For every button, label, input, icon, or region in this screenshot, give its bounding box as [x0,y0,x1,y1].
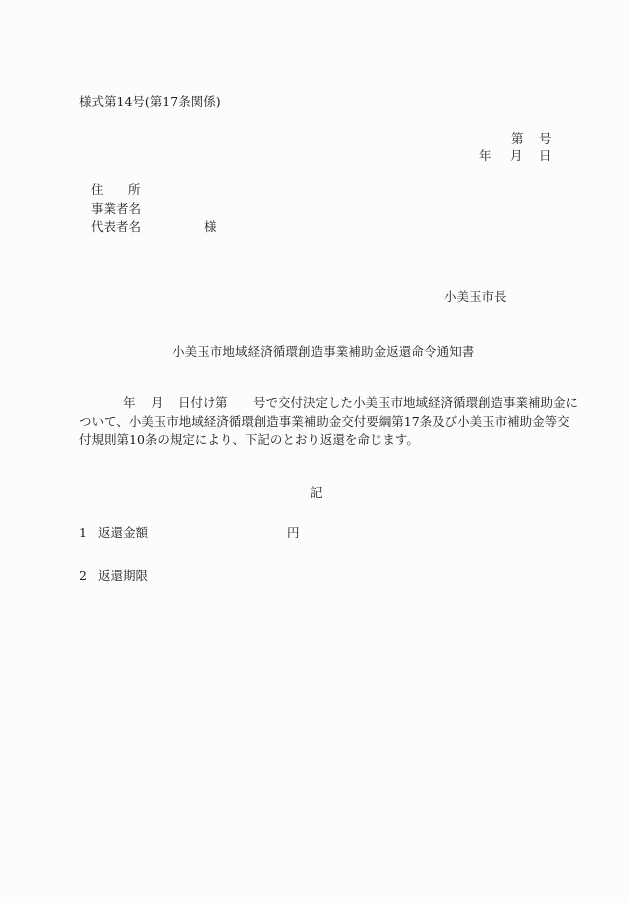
document-number-line: 第 号 [460,133,551,147]
item-refund-deadline: 2返還期限 [79,570,148,583]
body-number-prefix: 第 [215,397,228,410]
address-label-part1: 住 [91,184,104,197]
item-number: 2 [79,570,98,583]
form-label: 様式第14号(第17条関係) [79,96,221,109]
business-name-label: 事業者名 [91,203,141,216]
date-month-label: 月 [510,150,523,163]
date-year-label: 年 [479,150,492,163]
item-refund-amount: 1返還金額 [79,527,148,540]
address-label-part2: 所 [128,184,141,197]
item-label: 返還期限 [98,568,148,583]
body-paragraph: 年 月 日付け 第 号で交付決定した小美玉市地域経済循環創造事業補助金に ついて… [79,397,551,453]
representative-label: 代表者名 [91,221,141,234]
document-page: 様式第14号(第17条関係) 第 号 年 月 日 住 所 事業者名 代表者名 様… [0,0,630,903]
representative-row: 代表者名 様 [91,221,141,240]
sender-mayor: 小美玉市長 [444,291,507,304]
addressee-block: 住 所 事業者名 代表者名 様 [91,184,141,240]
body-day-label: 日付け [178,397,216,410]
ki-heading: 記 [310,487,323,500]
document-title: 小美玉市地域経済循環創造事業補助金返還命令通知書 [172,346,474,359]
honorific-sama: 様 [204,221,217,234]
document-number-suffix: 号 [539,133,552,146]
date-day-label: 日 [539,150,552,163]
body-line-1-rest: 号で交付決定した小美玉市地域経済循環創造事業補助金に [253,397,551,410]
body-month-label: 月 [151,397,164,410]
item-label: 返還金額 [98,525,148,540]
body-line-3: 付規則第10条の規定により、下記のとおり返還を命じます。 [79,434,551,453]
issue-date-line: 年 月 日 [470,150,551,164]
address-row: 住 所 [91,184,141,203]
body-year-label: 年 [123,397,136,410]
item-number: 1 [79,527,98,540]
refund-amount-unit: 円 [287,527,300,540]
body-line-1: 年 月 日付け 第 号で交付決定した小美玉市地域経済循環創造事業補助金に [79,397,551,416]
document-number-prefix: 第 [511,133,524,146]
